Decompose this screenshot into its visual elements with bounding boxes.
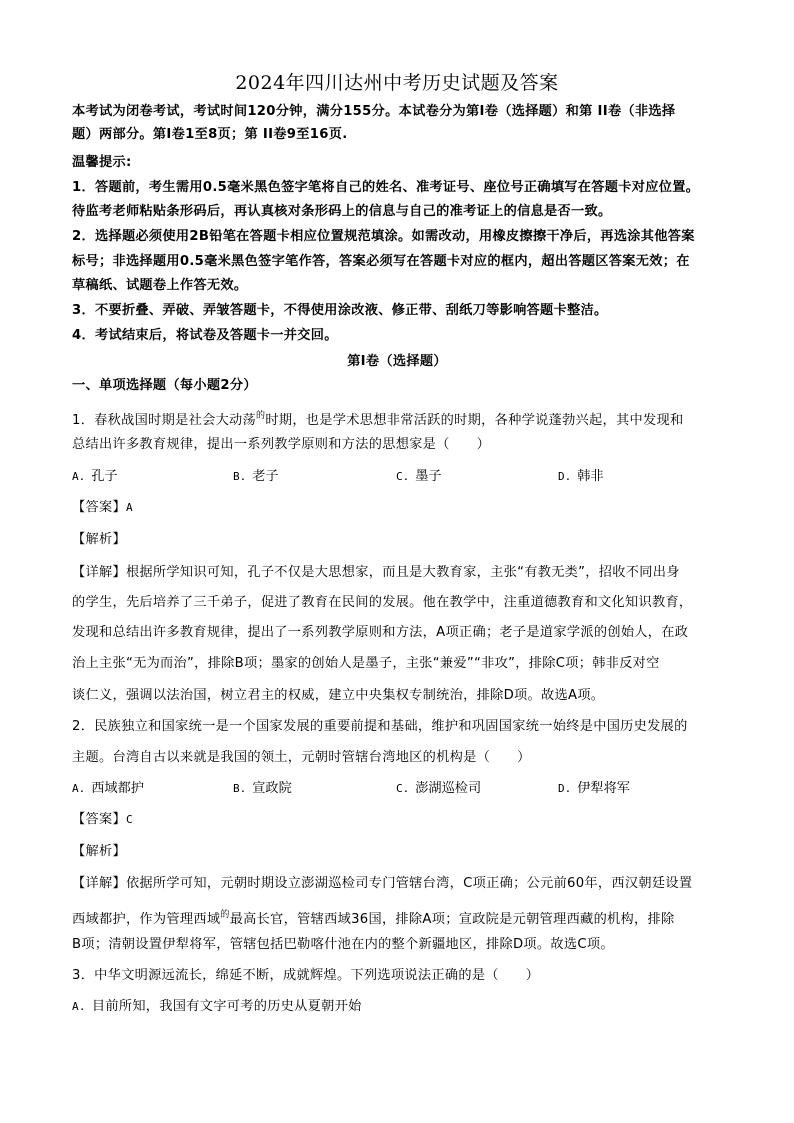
answer-label: 【答案】 [72, 812, 126, 827]
analysis-label: 【解析】 [72, 841, 732, 863]
answer-line: 【答案】C [72, 809, 732, 831]
detail-line: 西域都护，作为管理西域的最高长官，管辖西域36国，排除A项；宣政院是元朝管理西藏… [72, 904, 732, 931]
detail-line: 【详解】依据所学可知，元朝时期设立澎湖巡检司专门管辖台湾，C项正确；公元前60年… [72, 873, 732, 895]
stem-text: 1．春秋战国时期是社会大动荡 [72, 413, 256, 428]
detail-line: 的学生，先后培养了三千弟子，促进了教育在民间的发展。他在教学中，注重道德教育和文… [72, 592, 732, 614]
question-2-stem: 主题。台湾自古以来就是我国的领土，元朝时管辖台湾地区的机构是（ ） [72, 747, 732, 769]
stem-text: 时期，也是学术思想非常活跃的时期，各种学说蓬勃兴起，其中发现和 [265, 413, 683, 428]
question-1-stem: 1．春秋战国时期是社会大动荡的时期，也是学术思想非常活跃的时期，各种学说蓬勃兴起… [72, 405, 732, 432]
question-1-options: A.孔子 B.老子 C.墨子 D.韩非 [0, 466, 794, 488]
detail-line: 治上主张“无为而治”，排除B项；墨家的创始人是墨子，主张“兼爱”“非攻”，排除C… [72, 653, 732, 675]
tip-line: 4．考试结束后，将试卷及答题卡一并交回。 [72, 325, 732, 347]
intro-line: 题）两部分。第Ⅰ卷1至8页；第 II卷9至16页. [72, 124, 732, 146]
question-2-stem: 2．民族独立和国家统一是一个国家发展的重要前提和基础，维护和巩固国家统一始终是中… [72, 716, 732, 738]
answer-value: A [126, 501, 133, 514]
option-c: C.墨子 [396, 466, 442, 488]
tip-line: 待监考老师粘贴条形码后，再认真核对条形码上的信息与自己的准考证上的信息是否一致。 [72, 201, 732, 223]
detail-line: 发现和总结出许多教育规律，提出了一系列教学原则和方法，A项正确；老子是道家学派的… [72, 622, 732, 644]
document-title: 2024年四川达州中考历史试题及答案 [0, 68, 794, 98]
analysis-label: 【解析】 [72, 529, 732, 551]
question-3-option-a: A.目前所知，我国有文字可考的历史从夏朝开始 [72, 996, 732, 1018]
detail-text: 西域都护，作为管理西域 [72, 912, 220, 927]
option-b: B.宣政院 [233, 778, 292, 800]
question-3-stem: 3．中华文明源远流长，绵延不断，成就辉煌。下列选项说法正确的是（ ） [72, 965, 732, 987]
option-d: D.韩非 [558, 466, 604, 488]
section-title: 第Ⅰ卷（选择题） [0, 351, 794, 373]
question-1-stem: 总结出许多教育规律，提出一系列教学原则和方法的思想家是（ ） [72, 434, 732, 456]
tip-line: 1．答题前，考生需用0.5毫米黑色签字笔将自己的姓名、准考证号、座位号正确填写在… [72, 177, 732, 199]
detail-line: 谈仁义，强调以法治国，树立君主的权威，建立中央集权专制统治，排除D项。故选A项。 [72, 685, 732, 707]
tip-line: 2．选择题必须使用2B铅笔在答题卡相应位置规范填涂。如需改动，用橡皮擦擦干净后，… [72, 226, 732, 248]
option-d: D.伊犁将军 [558, 778, 630, 800]
tip-line: 草稿纸、试题卷上作答无效。 [72, 275, 732, 297]
intro-line: 本考试为闭卷考试，考试时间120分钟，满分155分。本试卷分为第Ⅰ卷（选择题）和… [72, 101, 732, 123]
tips-heading: 温馨提示: [72, 152, 732, 174]
question-2-options: A.西域都护 B.宣政院 C.澎湖巡检司 D.伊犁将军 [0, 778, 794, 800]
option-a: A.孔子 [72, 466, 118, 488]
detail-line: 【详解】根据所学知识可知，孔子不仅是大思想家，而且是大教育家，主张“有教无类”，… [72, 562, 732, 584]
detail-text: 最高长官，管辖西域36国，排除A项；宣政院是元朝管理西藏的机构，排除 [230, 912, 675, 927]
option-a: A.西域都护 [72, 778, 144, 800]
detail-superscript: 的 [220, 910, 229, 920]
part-heading: 一、单项选择题（每小题2分） [72, 375, 732, 397]
option-b: B.老子 [233, 466, 279, 488]
stem-superscript: 的 [256, 411, 265, 421]
tip-line: 3．不要折叠、弄破、弄皱答题卡，不得使用涂改液、修正带、刮纸刀等影响答题卡整洁。 [72, 300, 732, 322]
detail-line: B项；清朝设置伊犁将军，管辖包括巴勒喀什池在内的整个新疆地区，排除D项。故选C项… [72, 934, 732, 956]
answer-value: C [126, 813, 133, 826]
document-page: 2024年四川达州中考历史试题及答案 本考试为闭卷考试，考试时间120分钟，满分… [0, 0, 794, 1123]
tip-line: 标号；非选择题用0.5毫米黑色签字笔作答，答案必须写在答题卡对应的框内，超出答题… [72, 251, 732, 273]
option-c: C.澎湖巡检司 [396, 778, 481, 800]
answer-label: 【答案】 [72, 500, 126, 515]
option-letter: A. [72, 1000, 86, 1013]
option-text: 目前所知，我国有文字可考的历史从夏朝开始 [92, 999, 362, 1014]
answer-line: 【答案】A [72, 497, 732, 519]
